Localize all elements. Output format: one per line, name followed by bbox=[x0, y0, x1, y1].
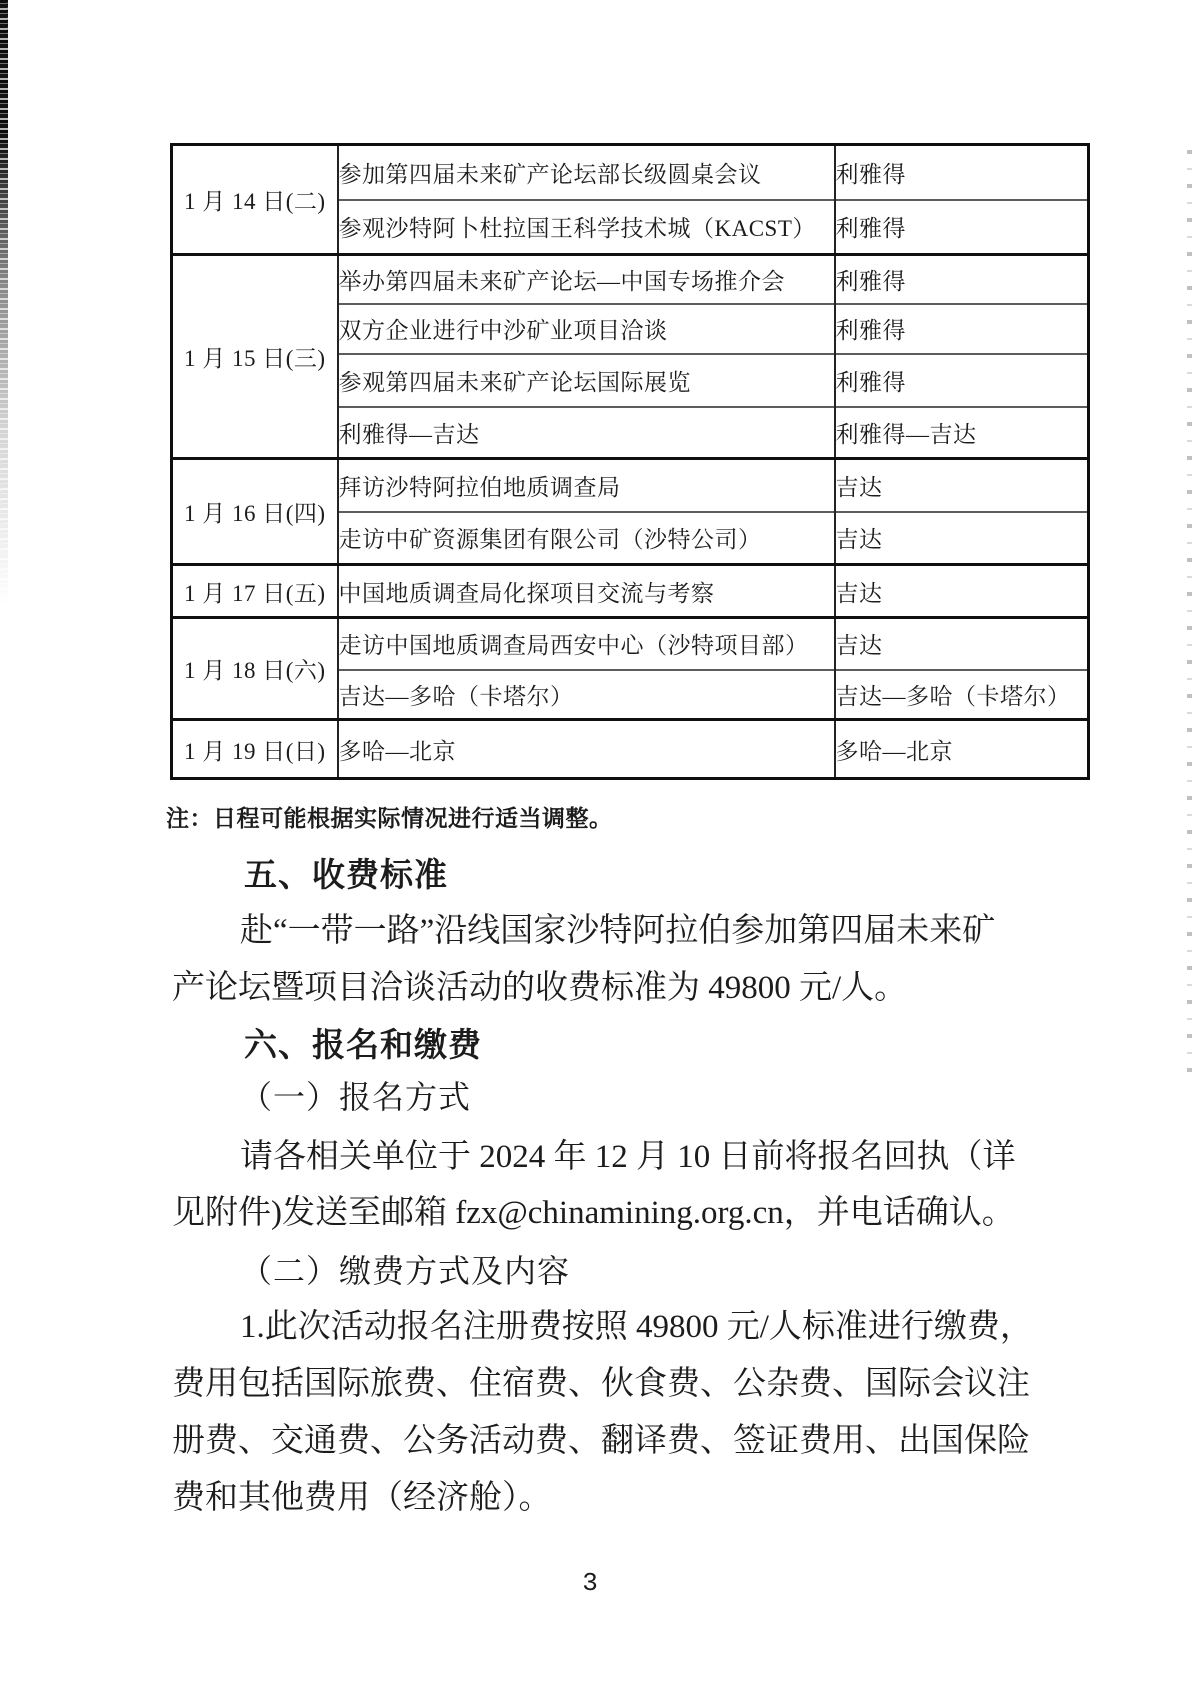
section-6-1-paragraph: 请各相关单位于 2024 年 12 月 10 日前将报名回执（详 见附件)发送至… bbox=[172, 1129, 1052, 1241]
table-row: 1 月 19 日(日) 多哈—北京 多哈—北京 bbox=[172, 720, 1089, 779]
date-cell: 1 月 14 日(二) bbox=[172, 145, 338, 255]
activity-cell: 利雅得—吉达 bbox=[338, 407, 835, 459]
activity-cell: 参观第四届未来矿产论坛国际展览 bbox=[338, 354, 835, 407]
activity-cell: 举办第四届未来矿产论坛—中国专场推介会 bbox=[338, 255, 835, 304]
date-cell: 1 月 16 日(四) bbox=[172, 459, 338, 565]
itinerary-table: 1 月 14 日(二) 参加第四届未来矿产论坛部长级圆桌会议 利雅得 参观沙特阿… bbox=[170, 143, 1090, 780]
location-cell: 利雅得 bbox=[835, 304, 1089, 354]
activity-cell: 吉达—多哈（卡塔尔） bbox=[338, 670, 835, 720]
paragraph-line: 请各相关单位于 2024 年 12 月 10 日前将报名回执（详 bbox=[172, 1129, 1052, 1185]
paragraph-line: 1.此次活动报名注册费按照 49800 元/人标准进行缴费， bbox=[172, 1299, 1052, 1356]
schedule-note: 注：日程可能根据实际情况进行适当调整。 bbox=[166, 800, 613, 833]
location-cell: 吉达 bbox=[835, 512, 1089, 565]
activity-cell: 走访中矿资源集团有限公司（沙特公司） bbox=[338, 512, 835, 565]
date-cell: 1 月 19 日(日) bbox=[172, 720, 338, 779]
location-cell: 利雅得 bbox=[835, 145, 1089, 200]
table-row: 1 月 15 日(三) 举办第四届未来矿产论坛—中国专场推介会 利雅得 bbox=[172, 255, 1089, 304]
scan-noise-right bbox=[1187, 150, 1192, 1080]
paragraph-line: 产论坛暨项目洽谈活动的收费标准为 49800 元/人。 bbox=[172, 960, 1052, 1017]
location-cell: 利雅得 bbox=[835, 354, 1089, 407]
activity-cell: 参加第四届未来矿产论坛部长级圆桌会议 bbox=[338, 145, 835, 200]
activity-cell: 参观沙特阿卜杜拉国王科学技术城（KACST） bbox=[338, 200, 835, 255]
document-page: 1 月 14 日(二) 参加第四届未来矿产论坛部长级圆桌会议 利雅得 参观沙特阿… bbox=[0, 0, 1200, 1696]
date-cell: 1 月 18 日(六) bbox=[172, 618, 338, 720]
page-number: 3 bbox=[0, 1568, 1180, 1598]
location-cell: 利雅得 bbox=[835, 255, 1089, 304]
paragraph-line: 册费、交通费、公务活动费、翻译费、签证费用、出国保险 bbox=[172, 1413, 1052, 1470]
date-cell: 1 月 17 日(五) bbox=[172, 565, 338, 618]
paragraph-line: 费和其他费用（经济舱）。 bbox=[172, 1470, 1052, 1527]
table-row: 1 月 18 日(六) 走访中国地质调查局西安中心（沙特项目部） 吉达 bbox=[172, 618, 1089, 670]
location-cell: 利雅得—吉达 bbox=[835, 407, 1089, 459]
activity-cell: 多哈—北京 bbox=[338, 720, 835, 779]
location-cell: 吉达 bbox=[835, 618, 1089, 670]
activity-cell: 中国地质调查局化探项目交流与考察 bbox=[338, 565, 835, 618]
paragraph-line: 赴“一带一路”沿线国家沙特阿拉伯参加第四届未来矿 bbox=[172, 903, 1052, 960]
paragraph-line: 见附件)发送至邮箱 fzx@chinamining.org.cn，并电话确认。 bbox=[172, 1185, 1052, 1241]
activity-cell: 走访中国地质调查局西安中心（沙特项目部） bbox=[338, 618, 835, 670]
table-row: 1 月 16 日(四) 拜访沙特阿拉伯地质调查局 吉达 bbox=[172, 459, 1089, 512]
section-5-paragraph: 赴“一带一路”沿线国家沙特阿拉伯参加第四届未来矿 产论坛暨项目洽谈活动的收费标准… bbox=[172, 903, 1052, 1017]
section-6-2-subheading: （二）缴费方式及内容 bbox=[240, 1246, 570, 1292]
location-cell: 吉达 bbox=[835, 459, 1089, 512]
table-row: 1 月 14 日(二) 参加第四届未来矿产论坛部长级圆桌会议 利雅得 bbox=[172, 145, 1089, 200]
paragraph-line: 费用包括国际旅费、住宿费、伙食费、公杂费、国际会议注 bbox=[172, 1356, 1052, 1413]
table-row: 1 月 17 日(五) 中国地质调查局化探项目交流与考察 吉达 bbox=[172, 565, 1089, 618]
section-5-heading: 五、收费标准 bbox=[244, 849, 448, 896]
location-cell: 吉达—多哈（卡塔尔） bbox=[835, 670, 1089, 720]
activity-cell: 拜访沙特阿拉伯地质调查局 bbox=[338, 459, 835, 512]
location-cell: 利雅得 bbox=[835, 200, 1089, 255]
scan-noise-left bbox=[0, 0, 8, 630]
section-6-heading: 六、报名和缴费 bbox=[244, 1019, 482, 1066]
location-cell: 吉达 bbox=[835, 565, 1089, 618]
section-6-2-paragraph: 1.此次活动报名注册费按照 49800 元/人标准进行缴费， 费用包括国际旅费、… bbox=[172, 1299, 1052, 1527]
activity-cell: 双方企业进行中沙矿业项目洽谈 bbox=[338, 304, 835, 354]
location-cell: 多哈—北京 bbox=[835, 720, 1089, 779]
section-6-1-subheading: （一）报名方式 bbox=[240, 1072, 471, 1118]
date-cell: 1 月 15 日(三) bbox=[172, 255, 338, 459]
